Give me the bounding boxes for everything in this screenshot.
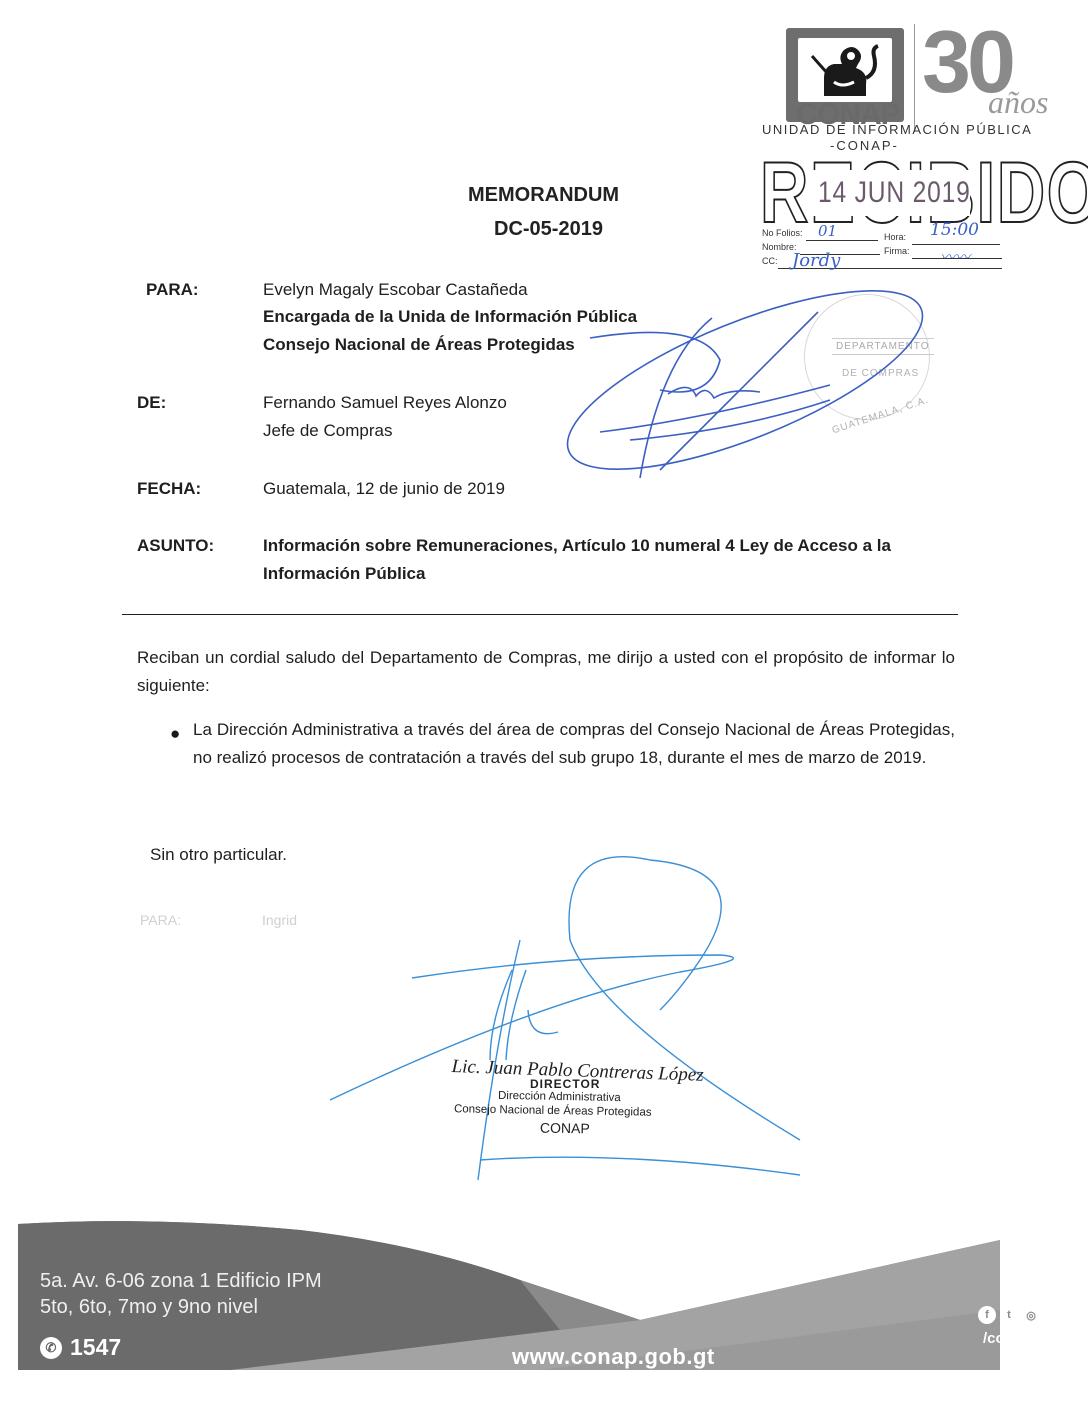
footer-address: 5a. Av. 6-06 zona 1 Edificio IPM 5to, 6t…: [40, 1268, 322, 1320]
footer-website[interactable]: www.conap.gob.gt: [512, 1344, 715, 1370]
ghost-label: PARA:: [140, 912, 181, 928]
social-icons: f t ◎: [978, 1306, 1040, 1324]
ghost-value: Ingrid: [262, 912, 297, 928]
signatory-title: DIRECTOR: [530, 1077, 600, 1091]
bullet-icon: ●: [170, 724, 180, 744]
instagram-icon[interactable]: ◎: [1022, 1306, 1040, 1324]
intro-paragraph: Reciban un cordial saludo del Departamen…: [137, 644, 955, 700]
phone-number: 1547: [70, 1334, 121, 1361]
facebook-icon[interactable]: f: [978, 1306, 996, 1324]
signatory-dept: Dirección Administrativa: [498, 1090, 621, 1104]
sender-signature: [547, 255, 943, 505]
twitter-icon[interactable]: t: [1000, 1306, 1018, 1324]
footer-phone: ✆ 1547: [40, 1334, 121, 1361]
social-handle: /conapgt: [983, 1330, 1046, 1347]
bullet-item: La Dirección Administrativa a través del…: [193, 716, 955, 772]
address-line2: 5to, 6to, 7mo y 9no nivel: [40, 1294, 322, 1320]
phone-icon: ✆: [40, 1337, 62, 1359]
handwritten-signatures: [0, 0, 1088, 1408]
signatory-abbrev: CONAP: [540, 1120, 590, 1137]
closing-line: Sin otro particular.: [150, 845, 287, 865]
address-line1: 5a. Av. 6-06 zona 1 Edificio IPM: [40, 1268, 322, 1294]
